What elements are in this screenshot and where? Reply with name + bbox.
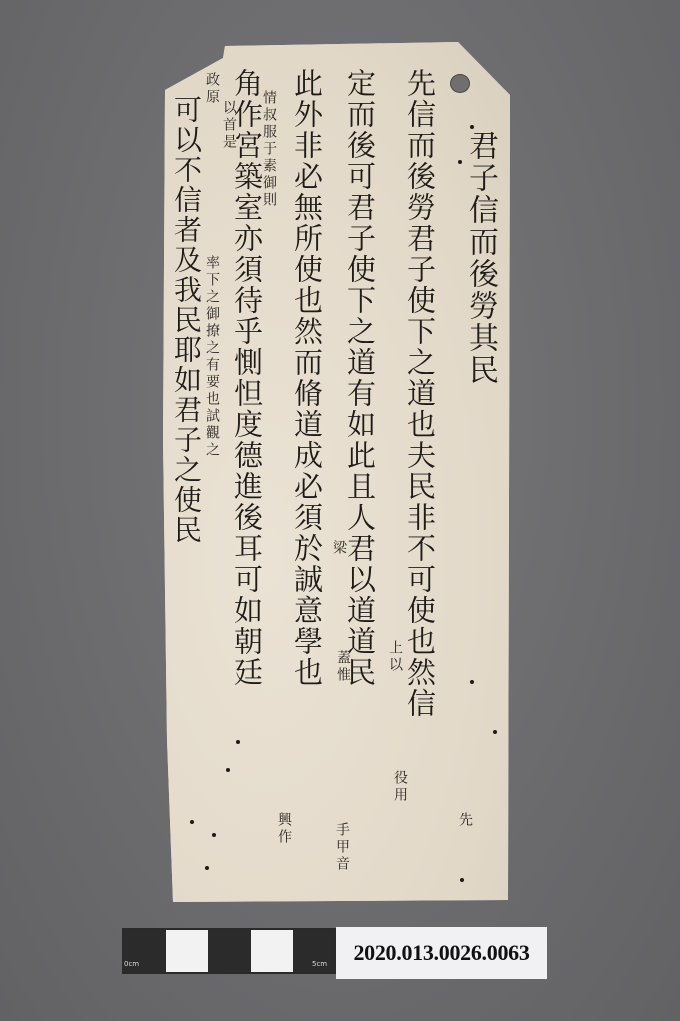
- manuscript-paper: [163, 40, 513, 904]
- annotation-8: 興作: [277, 812, 291, 846]
- text-column-6: 可以不信者及我民耶如君子之使民: [172, 95, 200, 545]
- scale-end-label: 5cm: [312, 960, 327, 968]
- scale-segment: [166, 930, 208, 972]
- annotation-6: 役用: [393, 770, 407, 804]
- scale-start-label: 0cm: [124, 960, 139, 968]
- scale-segment: [251, 930, 293, 972]
- annotation-10: 先: [458, 812, 472, 829]
- ink-dot: [460, 878, 464, 882]
- text-column-1: 君子信而後勞其民: [465, 130, 495, 386]
- accession-number-label: 2020.013.0026.0063: [336, 927, 547, 979]
- ink-dot: [470, 680, 474, 684]
- ink-dot: [493, 730, 497, 734]
- ink-dot: [470, 125, 474, 129]
- text-column-5: 角作宮築室亦須待乎惻怛度德進後耳可如朝廷: [232, 68, 261, 888]
- text-column-2: 先信而後勞君子使下之道也夫民非不可使也然信: [405, 68, 434, 719]
- ink-dot: [205, 866, 209, 870]
- ink-dot: [236, 740, 240, 744]
- ink-dot: [226, 768, 230, 772]
- annotation-1: 情叔服于素御則: [262, 90, 276, 209]
- ink-dot: [458, 160, 462, 164]
- annotation-2: 以首是: [222, 100, 236, 151]
- paper-hole: [450, 74, 470, 93]
- annotation-5: 上以: [388, 640, 402, 674]
- annotation-4: 蓋惟: [336, 650, 350, 684]
- annotation-7: 手甲音: [335, 822, 349, 873]
- scale-segment: [208, 930, 250, 972]
- scale-bar: [122, 928, 337, 974]
- text-column-3: 定而後可君子使下之道有如此且人君以道道民: [345, 68, 374, 888]
- annotation-11: 政原: [205, 72, 219, 106]
- annotation-9: 梁: [332, 540, 346, 557]
- artifact-photo: 君子信而後勞其民 先信而後勞君子使下之道也夫民非不可使也然信 定而後可君子使下之…: [0, 0, 680, 1021]
- ink-dot: [212, 833, 216, 837]
- text-column-4: 此外非必無所使也然而脩道成必須於誠意學也: [292, 68, 321, 888]
- ink-dot: [190, 820, 194, 824]
- annotation-3: 率下之御撩之有要也試觀之: [205, 255, 219, 459]
